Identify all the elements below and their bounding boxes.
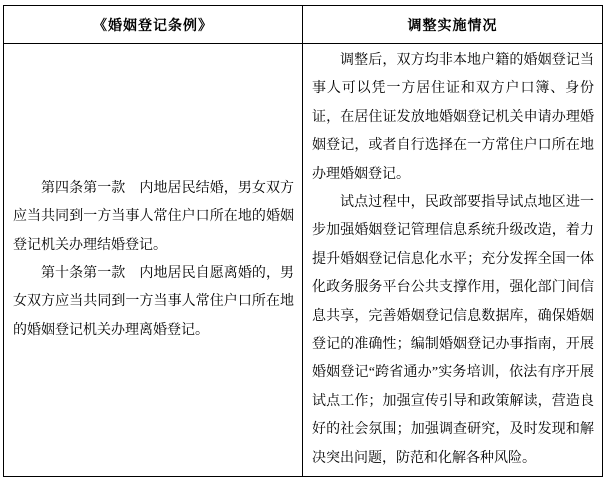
implementation-cell: 调整后，双方均非本地户籍的婚姻登记当事人可以凭一方居住证和双方户口簿、身份证，在…: [303, 44, 602, 476]
header-label-implementation: 调整实施情况: [408, 15, 498, 35]
regulation-paragraph-article4: 第四条第一款 内地居民结婚，男女双方应当共同到一方当事人常住户口所在地的婚姻登记…: [13, 175, 294, 260]
regulation-paragraph-article10: 第十条第一款 内地居民自愿离婚的，男女双方应当共同到一方当事人常住户口所在地的婚…: [13, 260, 294, 345]
header-cell-implementation: 调整实施情况: [303, 6, 602, 44]
regulation-cell: 第四条第一款 内地居民结婚，男女双方应当共同到一方当事人常住户口所在地的婚姻登记…: [4, 44, 303, 476]
header-label-regulation: 《婚姻登记条例》: [93, 15, 213, 35]
document-page: 《婚姻登记条例》 调整实施情况 第四条第一款 内地居民结婚，男女双方应当共同到一…: [0, 0, 606, 482]
implementation-paragraph-adjustment: 调整后，双方均非本地户籍的婚姻登记当事人可以凭一方居住证和双方户口簿、身份证，在…: [312, 47, 594, 189]
header-cell-regulation: 《婚姻登记条例》: [4, 6, 303, 44]
comparison-table: 《婚姻登记条例》 调整实施情况 第四条第一款 内地居民结婚，男女双方应当共同到一…: [3, 5, 603, 477]
implementation-paragraph-pilot: 试点过程中，民政部要指导试点地区进一步加强婚姻登记管理信息系统升级改造，着力提升…: [312, 189, 594, 473]
